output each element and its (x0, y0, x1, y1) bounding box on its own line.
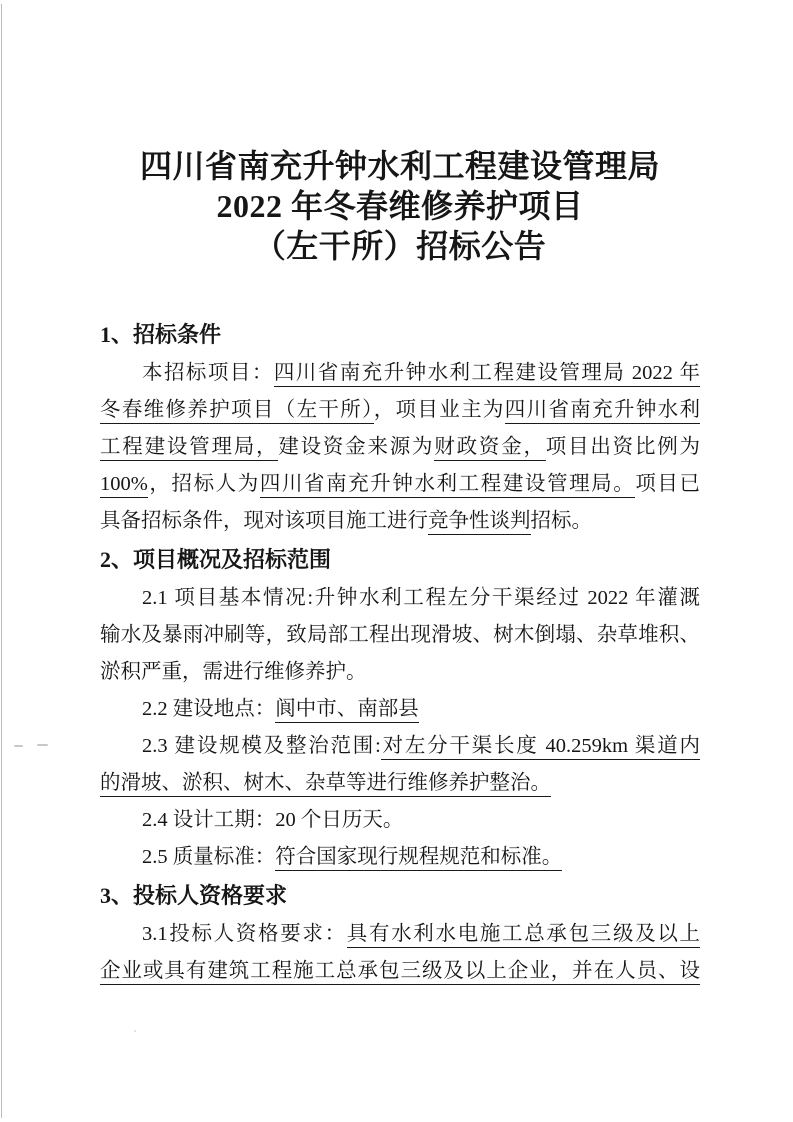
underlined-text: 符合国家现行规程规范和标准。 (275, 846, 562, 871)
text-line: 2.5 质量标准：符合国家现行规程规范和标准。 (100, 839, 700, 876)
section-heading: 3、投标人资格要求 (100, 876, 700, 916)
underlined-text: 的滑坡、淤积、树木、杂草等进行维修养护整治。 (100, 772, 551, 797)
document-page: 四川省南充升钟水利工程建设管理局2022 年冬春维修养护项目（左干所）招标公告 … (0, 0, 793, 1122)
scan-edge-artifact (1, 4, 2, 1118)
document-content: 四川省南充升钟水利工程建设管理局2022 年冬春维修养护项目（左干所）招标公告 … (100, 146, 700, 990)
underlined-text: 100% (100, 473, 148, 498)
underlined-text: 竞争性谈判 (428, 510, 531, 535)
plain-text: 2.5 质量标准： (142, 846, 275, 868)
scan-speck (37, 744, 48, 746)
plain-text: ，招标人为 (148, 473, 260, 495)
text-line: 淤积严重，需进行维修养护。 (100, 654, 700, 691)
section-heading: 1、招标条件 (100, 315, 700, 355)
underlined-text: 冬春维修养护项目（左干所） (100, 399, 374, 424)
title-line: 四川省南充升钟水利工程建设管理局 (100, 146, 700, 186)
plain-text: 本招标项目： (142, 362, 274, 384)
scan-speck (134, 1030, 136, 1032)
underlined-text: 对左分干渠长度 40.259km 渠道内 (381, 735, 700, 760)
plain-text: 项目出资比例为 (546, 436, 700, 458)
underlined-text: 财政资金， (434, 436, 545, 461)
text-line: 2.3 建设规模及整治范围:对左分干渠长度 40.259km 渠道内 (100, 728, 700, 765)
title-line: （左干所）招标公告 (100, 226, 700, 266)
underlined-text: 工程建设管理局， (100, 436, 278, 461)
plain-text: 2.2 建设地点： (142, 698, 275, 720)
text-line: 具备招标条件，现对该项目施工进行竞争性谈判招标。 (100, 503, 700, 540)
underlined-text: 四川省南充升钟水利工程建设管理局 2022 年 (274, 362, 700, 387)
section-heading: 2、项目概况及招标范围 (100, 540, 700, 580)
text-line: 冬春维修养护项目（左干所），项目业主为四川省南充升钟水利 (100, 392, 700, 429)
text-line: 工程建设管理局，建设资金来源为财政资金，项目出资比例为 (100, 429, 700, 466)
text-line: 3.1投标人资格要求：具有水利水电施工总承包三级及以上 (100, 916, 700, 953)
plain-text: ，项目业主为 (374, 399, 505, 421)
plain-text: 建设资金来源为 (278, 436, 434, 458)
text-line: 100%，招标人为四川省南充升钟水利工程建设管理局。项目已 (100, 466, 700, 503)
plain-text: 淤积严重，需进行维修养护。 (100, 661, 367, 683)
document-title: 四川省南充升钟水利工程建设管理局2022 年冬春维修养护项目（左干所）招标公告 (100, 146, 700, 266)
plain-text: 2.1 项目基本情况:升钟水利工程左分干渠经过 2022 年灌溉 (142, 587, 700, 609)
text-line: 企业或具有建筑工程施工总承包三级及以上企业，并在人员、设 (100, 953, 700, 990)
underlined-text: 四川省南充升钟水利工程建设管理局。 (260, 473, 635, 498)
title-line: 2022 年冬春维修养护项目 (100, 186, 700, 226)
text-line: 2.2 建设地点：阆中市、南部县 (100, 691, 700, 728)
plain-text: 2.4 设计工期：20 个日历天。 (142, 809, 403, 831)
plain-text: 3.1投标人资格要求： (142, 923, 347, 945)
plain-text: 具备招标条件，现对该项目施工进行 (100, 510, 428, 532)
text-line: 本招标项目：四川省南充升钟水利工程建设管理局 2022 年 (100, 355, 700, 392)
text-line: 2.4 设计工期：20 个日历天。 (100, 802, 700, 839)
underlined-text: 四川省南充升钟水利 (505, 399, 700, 424)
plain-text: 2.3 建设规模及整治范围: (142, 735, 381, 757)
underlined-text: 企业或具有建筑工程施工总承包三级及以上企业，并在人员、设 (100, 960, 700, 985)
text-line: 输水及暴雨冲刷等，致局部工程出现滑坡、树木倒塌、杂草堆积、 (100, 617, 700, 654)
underlined-text: 阆中市、南部县 (275, 698, 419, 723)
plain-text: 项目已 (635, 473, 700, 495)
plain-text: 招标。 (531, 510, 593, 532)
underlined-text: 具有水利水电施工总承包三级及以上 (347, 923, 700, 948)
text-line: 2.1 项目基本情况:升钟水利工程左分干渠经过 2022 年灌溉 (100, 580, 700, 617)
text-line: 的滑坡、淤积、树木、杂草等进行维修养护整治。 (100, 765, 700, 802)
plain-text: 输水及暴雨冲刷等，致局部工程出现滑坡、树木倒塌、杂草堆积、 (100, 624, 700, 646)
document-body: 1、招标条件本招标项目：四川省南充升钟水利工程建设管理局 2022 年冬春维修养… (100, 315, 700, 990)
scan-speck (14, 745, 23, 747)
